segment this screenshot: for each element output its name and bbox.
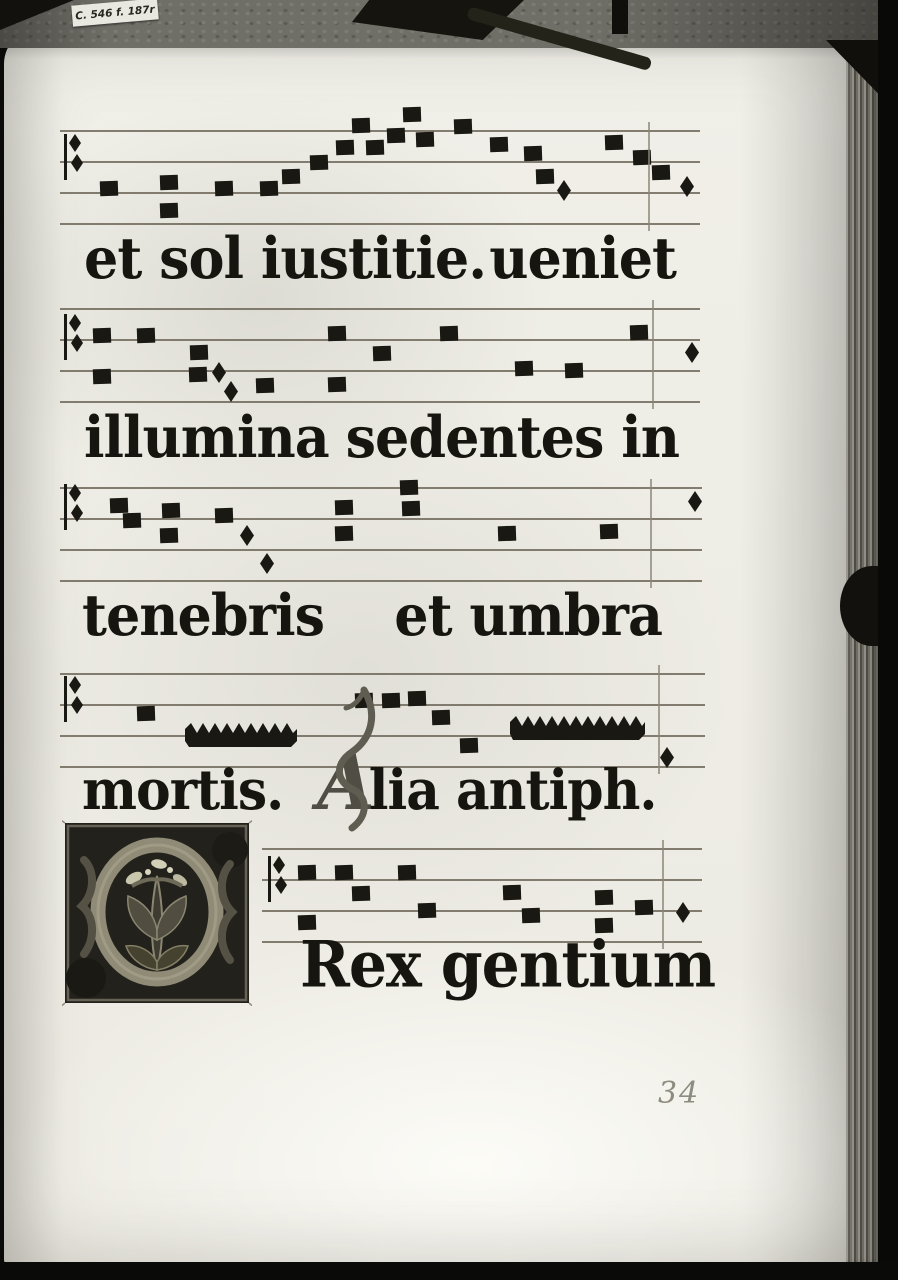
clef-icon bbox=[64, 484, 86, 534]
chant-word: lia antiph. bbox=[369, 758, 657, 823]
chant-text-line-2: illumina sedentes in bbox=[84, 403, 679, 471]
chant-word: illumina bbox=[84, 403, 329, 471]
neume-square bbox=[522, 908, 541, 924]
neume-square bbox=[123, 513, 142, 529]
stave-barline bbox=[648, 122, 650, 231]
neume-square bbox=[335, 865, 354, 881]
neume-square bbox=[282, 169, 301, 185]
neume-square bbox=[524, 146, 543, 162]
clef-icon bbox=[64, 134, 86, 184]
stave-line bbox=[60, 549, 702, 551]
stave-barline bbox=[650, 479, 652, 588]
fore-edge bbox=[846, 44, 882, 1266]
neume-square bbox=[160, 203, 179, 219]
neume-square bbox=[387, 128, 406, 144]
illuminated-initial-O bbox=[62, 820, 252, 1006]
neume-square bbox=[400, 480, 419, 496]
stave-line bbox=[60, 192, 700, 194]
chant-word: Rex gentium bbox=[300, 928, 715, 1002]
clef-diamond bbox=[71, 504, 83, 522]
chant-word: et umbra bbox=[394, 581, 662, 649]
chant-word: tenebris bbox=[82, 581, 324, 649]
neume-square bbox=[373, 346, 392, 362]
melisma-zigzag bbox=[510, 713, 645, 743]
melisma-zigzag bbox=[185, 720, 297, 750]
chant-text-line-3: tenebris et umbra bbox=[82, 581, 662, 649]
custos-diamond bbox=[688, 491, 702, 512]
neume-square bbox=[490, 137, 509, 153]
chant-text-line-4: mortis. A lia antiph. bbox=[82, 752, 698, 823]
clef-stem bbox=[268, 856, 271, 902]
clef-diamond bbox=[69, 314, 81, 332]
custos-diamond bbox=[260, 553, 274, 574]
stave-line bbox=[60, 130, 700, 132]
binding-pin bbox=[612, 0, 628, 34]
neume-square bbox=[328, 326, 347, 342]
stave-line bbox=[262, 879, 702, 881]
clef-diamond bbox=[273, 856, 285, 874]
custos-diamond bbox=[240, 525, 254, 546]
neume-square bbox=[100, 181, 119, 197]
neume-square bbox=[595, 890, 614, 906]
neume-square bbox=[605, 135, 624, 151]
neume-square bbox=[328, 377, 347, 393]
chant-word: mortis. bbox=[82, 758, 283, 823]
neume-square bbox=[600, 524, 619, 540]
neume-square bbox=[366, 140, 385, 156]
neume-square bbox=[310, 155, 329, 171]
neume-square bbox=[408, 691, 427, 707]
neume-square bbox=[160, 175, 179, 191]
clef-diamond bbox=[69, 484, 81, 502]
chant-text-line-1: et sol iustitie. ueniet bbox=[84, 224, 676, 292]
custos-diamond bbox=[212, 362, 226, 383]
neume-square bbox=[630, 325, 649, 341]
neume-square bbox=[418, 903, 437, 919]
clef-diamond bbox=[71, 154, 83, 172]
frame-right bbox=[878, 0, 898, 1280]
neume-square bbox=[460, 738, 479, 754]
neume-square bbox=[160, 528, 179, 544]
neume-square bbox=[352, 886, 371, 902]
clef-icon bbox=[268, 856, 290, 906]
custos-diamond bbox=[680, 176, 694, 197]
clef-diamond bbox=[69, 676, 81, 694]
neume-square bbox=[503, 885, 522, 901]
neume-square bbox=[137, 328, 156, 344]
neume-square bbox=[536, 169, 555, 185]
neume-square bbox=[635, 900, 654, 916]
neume-square bbox=[398, 865, 417, 881]
clef-diamond bbox=[275, 876, 287, 894]
neume-square bbox=[260, 181, 279, 197]
neume-square bbox=[336, 140, 355, 156]
clef-diamond bbox=[69, 134, 81, 152]
stave-line bbox=[262, 848, 702, 850]
neume-square bbox=[498, 526, 517, 542]
neume-square bbox=[110, 498, 129, 514]
clef-stem bbox=[64, 676, 67, 722]
chant-word: et sol iustitie. bbox=[84, 224, 486, 292]
neume-square bbox=[335, 526, 354, 542]
clef-stem bbox=[64, 484, 67, 530]
custos-diamond bbox=[224, 381, 238, 402]
neume-square bbox=[454, 119, 473, 135]
clef-icon bbox=[64, 676, 86, 726]
pen-flourish bbox=[330, 686, 378, 836]
neume-square bbox=[215, 508, 234, 524]
neume-square bbox=[403, 107, 422, 123]
stave-line bbox=[60, 487, 702, 489]
stave-line bbox=[60, 673, 705, 675]
chant-word: ueniet bbox=[489, 224, 676, 292]
clef-diamond bbox=[71, 334, 83, 352]
neume-square bbox=[137, 706, 156, 722]
clef-stem bbox=[64, 314, 67, 360]
neume-square bbox=[432, 710, 451, 726]
custos-diamond bbox=[676, 902, 690, 923]
neume-square bbox=[256, 378, 275, 394]
neume-square bbox=[382, 693, 401, 709]
stave-line bbox=[60, 518, 702, 520]
neume-square bbox=[189, 367, 208, 383]
clef-icon bbox=[64, 314, 86, 364]
neume-square bbox=[352, 118, 371, 134]
neume-square bbox=[335, 500, 354, 516]
neume-square bbox=[215, 181, 234, 197]
frame-bottom bbox=[0, 1262, 898, 1280]
manuscript-photo: C. 546 f. 187r et sol iustitie. ueniet i… bbox=[0, 0, 898, 1280]
chant-word: sedentes in bbox=[346, 403, 679, 471]
neume-square bbox=[440, 326, 459, 342]
clef-diamond bbox=[71, 696, 83, 714]
neume-square bbox=[652, 165, 671, 181]
custos-diamond bbox=[685, 342, 699, 363]
custos-diamond bbox=[557, 180, 571, 201]
stave-line bbox=[60, 308, 700, 310]
clef-stem bbox=[64, 134, 67, 180]
neume-square bbox=[162, 503, 181, 519]
neume-square bbox=[515, 361, 534, 377]
chant-text-line-5: Rex gentium bbox=[300, 928, 710, 1002]
neume-square bbox=[416, 132, 435, 148]
stave-line bbox=[60, 161, 700, 163]
neume-square bbox=[93, 328, 112, 344]
stave-barline bbox=[652, 300, 654, 409]
neume-square bbox=[565, 363, 584, 379]
folio-number: 34 bbox=[658, 1076, 700, 1111]
neume-square bbox=[402, 501, 421, 517]
neume-square bbox=[298, 865, 317, 881]
neume-square bbox=[190, 345, 209, 361]
neume-square bbox=[93, 369, 112, 385]
stave-line bbox=[60, 370, 700, 372]
stave-line bbox=[60, 339, 700, 341]
